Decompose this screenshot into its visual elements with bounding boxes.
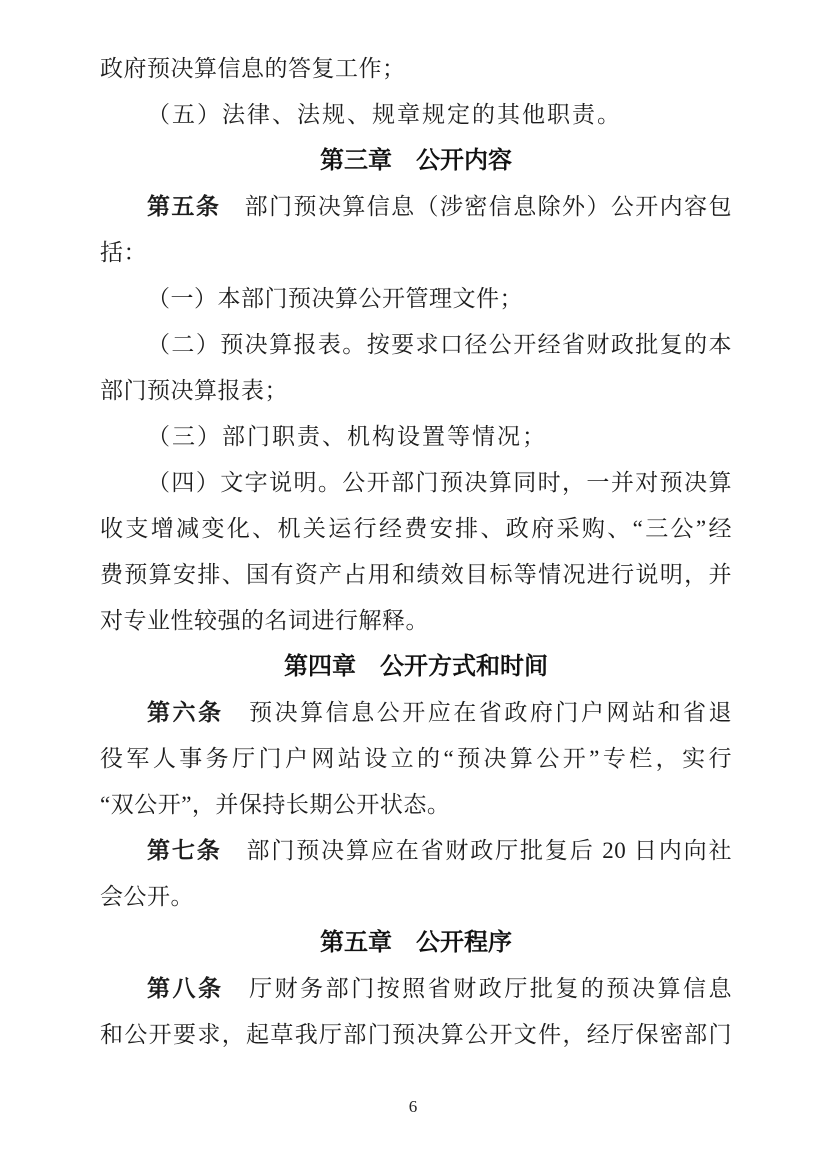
- article-number: 第八条: [147, 976, 224, 1001]
- chapter-heading: 第三章 公开内容: [100, 138, 732, 184]
- text-line: 部门预决算报表；: [100, 368, 732, 414]
- document-page: 政府预决算信息的答复工作；（五）法律、法规、规章规定的其他职责。第三章 公开内容…: [0, 0, 826, 1169]
- text-line: 第五条 部门预决算信息（涉密信息除外）公开内容包: [100, 184, 732, 230]
- article-number: 第七条: [147, 838, 222, 863]
- text-line: 第六条 预决算信息公开应在省政府门户网站和省退: [100, 690, 732, 736]
- text-line: （四）文字说明。公开部门预决算同时，一并对预决算: [100, 460, 732, 506]
- text-line: 费预算安排、国有资产占用和绩效目标等情况进行说明，并: [100, 552, 732, 598]
- article-number: 第五条: [147, 194, 220, 219]
- text-line: 役军人事务厅门户网站设立的“预决算公开”专栏，实行: [100, 736, 732, 782]
- text-line: 收支增减变化、机关运行经费安排、政府采购、“三公”经: [100, 506, 732, 552]
- page-number: 6: [0, 1097, 826, 1117]
- text-line: （一）本部门预决算公开管理文件；: [100, 276, 732, 322]
- article-number: 第六条: [147, 700, 224, 725]
- text-line: 括：: [100, 230, 732, 276]
- document-body: 政府预决算信息的答复工作；（五）法律、法规、规章规定的其他职责。第三章 公开内容…: [100, 46, 732, 1058]
- text-line: 和公开要求，起草我厅部门预决算公开文件，经厅保密部门: [100, 1012, 732, 1058]
- text-line: （三）部门职责、机构设置等情况；: [100, 414, 732, 460]
- text-line: 对专业性较强的名词进行解释。: [100, 598, 732, 644]
- chapter-heading: 第四章 公开方式和时间: [100, 644, 732, 690]
- text-line: （二）预决算报表。按要求口径公开经省财政批复的本: [100, 322, 732, 368]
- chapter-heading: 第五章 公开程序: [100, 920, 732, 966]
- text-line: （五）法律、法规、规章规定的其他职责。: [100, 92, 732, 138]
- text-line: “双公开”，并保持长期公开状态。: [100, 782, 732, 828]
- text-line: 第八条 厅财务部门按照省财政厅批复的预决算信息: [100, 966, 732, 1012]
- text-line: 会公开。: [100, 874, 732, 920]
- text-line: 政府预决算信息的答复工作；: [100, 46, 732, 92]
- text-line: 第七条 部门预决算应在省财政厅批复后 20 日内向社: [100, 828, 732, 874]
